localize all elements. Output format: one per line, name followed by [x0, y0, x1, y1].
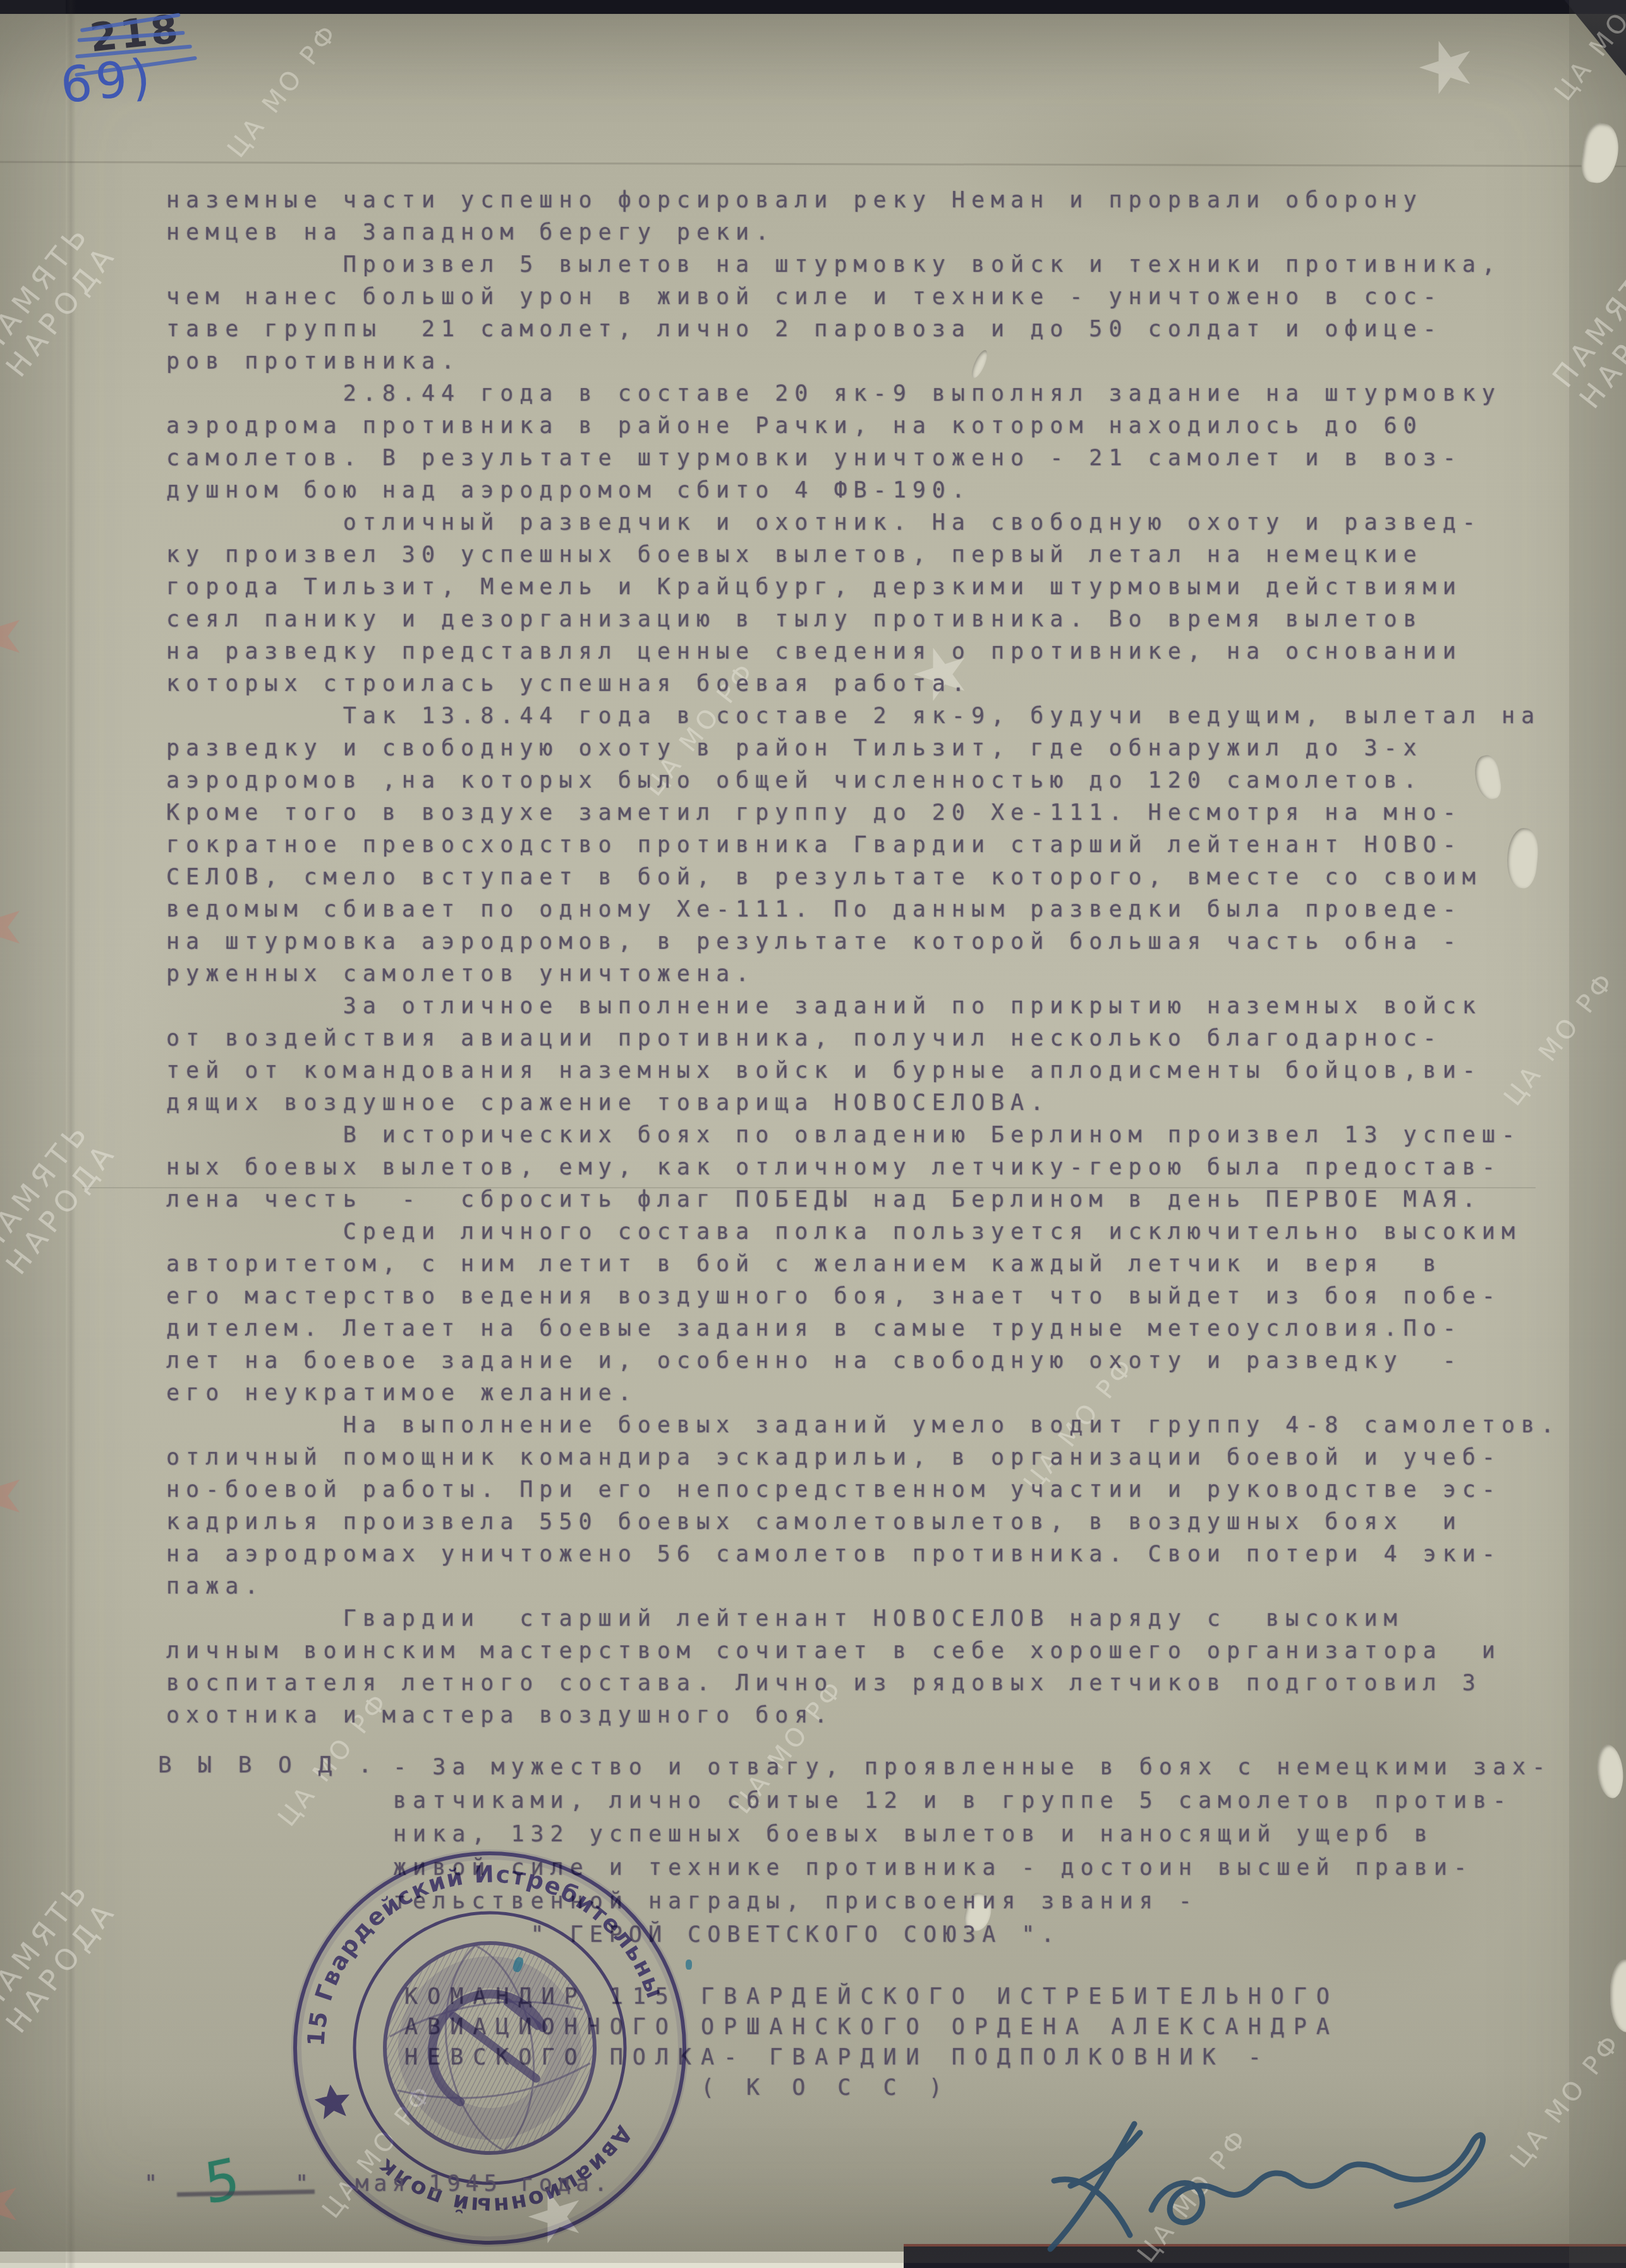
typed-text-body: наземные части успешно форсировали реку …	[166, 185, 1582, 1732]
stamp-emblem	[372, 1930, 609, 2167]
typed-line: ку произвел 30 успешных боевых вылетов, …	[166, 539, 1582, 571]
typed-line: лена честь - сбросить флаг ПОБЕДЫ над Бе…	[166, 1184, 1582, 1216]
paper-crease	[0, 161, 1626, 168]
typed-line: охотника и мастера воздушного боя.	[166, 1700, 1582, 1732]
typed-line: сеял панику и дезорганизацию в тылу прот…	[166, 604, 1582, 636]
typed-line: самолетов. В результате штурмовки уничто…	[166, 442, 1582, 475]
typed-line: на аэродромах уничтожено 56 самолетов пр…	[166, 1539, 1582, 1571]
typed-line: руженных самолетов уничтожена.	[166, 958, 1582, 991]
typed-line: его неукратимое желание.	[166, 1377, 1582, 1410]
typed-line: личным воинским мастерством сочитает в с…	[166, 1635, 1582, 1667]
page-number-handwritten: 69)	[58, 49, 157, 115]
date-open-quote: "	[144, 2171, 162, 2197]
typed-line: ных боевых вылетов, ему, как отличному л…	[166, 1152, 1582, 1184]
typed-line: отличный разведчик и охотник. На свободн…	[166, 507, 1582, 539]
typed-line: от воздействия авиации противника, получ…	[166, 1023, 1582, 1055]
typed-line: СЕЛОВ, смело вступает в бой, в результат…	[166, 862, 1582, 894]
typed-line: наземные части успешно форсировали реку …	[166, 185, 1582, 217]
typed-line: аэродромов ,на которых было общей числен…	[166, 765, 1582, 797]
watermark-archive: ЦА МО РФ	[222, 18, 344, 163]
typed-line: душном бою над аэродромом сбито 4 ФВ-190…	[166, 475, 1582, 507]
typed-line: За отличное выполнение заданий по прикры…	[166, 991, 1582, 1023]
typed-line: дящих воздушное сражение товарища НОВОСЕ…	[166, 1087, 1582, 1119]
typed-line: ров противника.	[166, 346, 1582, 378]
document-page: ЦА МО РФ ЦА МО РФ ЦА МО РФ ЦА МО РФ ЦА М…	[0, 0, 1626, 2268]
typed-line: Произвел 5 вылетов на штурмовку войск и …	[166, 249, 1582, 281]
typed-line: аэродрома противника в районе Рачки, на …	[166, 410, 1582, 442]
watermark-star-icon: ★	[1405, 18, 1489, 114]
scan-edge-top	[0, 0, 1626, 14]
typed-line: 2.8.44 года в составе 20 як-9 выполнял з…	[166, 378, 1582, 410]
typed-line: кадрилья произвела 550 боевых самолетовы…	[166, 1506, 1582, 1539]
typed-line: дителем. Летает на боевые задания в самы…	[166, 1313, 1582, 1345]
typed-line: ведомым сбивает по одному Хе-111. По дан…	[166, 894, 1582, 926]
typed-line: таве группы 21 самолет, лично 2 паровоза…	[166, 314, 1582, 346]
typed-line: на разведку представлял ценные сведения …	[166, 636, 1582, 668]
typed-line: воспитателя летного состава. Лично из ря…	[166, 1667, 1582, 1700]
typed-line: В исторических боях по овладению Берлино…	[166, 1119, 1582, 1152]
typed-line: отличный помощник командира эскадрильи, …	[166, 1442, 1582, 1474]
ink-speck	[686, 1960, 692, 1970]
page-left-margin-shade	[0, 0, 66, 2268]
typed-line: разведку и свободную охоту в район Тильз…	[166, 733, 1582, 765]
typed-line: на штурмовка аэродромов, в результате ко…	[166, 926, 1582, 958]
typed-line: На выполнение боевых заданий умело водит…	[166, 1410, 1582, 1442]
handwritten-day: 5	[201, 2143, 247, 2217]
commander-signature	[1005, 2086, 1498, 2263]
date-line: "5"мая 1945 года.	[144, 2148, 612, 2213]
typed-line: Среди личного состава полка пользуется и…	[166, 1216, 1582, 1248]
typed-line: которых строилась успешная боевая работа…	[166, 668, 1582, 700]
stamp-star-icon	[313, 2082, 353, 2120]
typed-line: пажа.	[166, 1571, 1582, 1603]
typed-line: ватчиками, лично сбитые 12 и в группе 5 …	[393, 1784, 1551, 1818]
typed-line: Кроме того в воздухе заметил группу до 2…	[166, 797, 1582, 829]
typed-line: чем нанес большой урон в живой силе и те…	[166, 281, 1582, 314]
typed-line: Так 13.8.44 года в составе 2 як-9, будуч…	[166, 700, 1582, 733]
typed-line: лет на боевое задание и, особенно на сво…	[166, 1345, 1582, 1377]
page-left-edge	[66, 0, 76, 2268]
typed-line: тей от командования наземных войск и бур…	[166, 1055, 1582, 1087]
typed-line: немцев на Западном берегу реки.	[166, 217, 1582, 249]
typed-line: города Тильзит, Мемель и Крайцбург, дерз…	[166, 571, 1582, 604]
typed-line: его мастерство ведения воздушного боя, з…	[166, 1281, 1582, 1313]
conclusion-label: В Ы В О Д .	[158, 1752, 378, 1778]
paper-stain	[0, 14, 1626, 109]
typed-line: но-боевой работы. При его непосредственн…	[166, 1474, 1582, 1506]
typed-line: гократное превосходство противника Гвард…	[166, 829, 1582, 862]
date-text: мая 1945 года.	[355, 2171, 612, 2197]
typed-line: авторитетом, с ним летит в бой с желание…	[166, 1248, 1582, 1281]
typed-line: - За мужество и отвагу, проявленные в бо…	[393, 1751, 1551, 1784]
typed-line: Гвардии старший лейтенант НОВОСЕЛОВ наря…	[166, 1603, 1582, 1635]
